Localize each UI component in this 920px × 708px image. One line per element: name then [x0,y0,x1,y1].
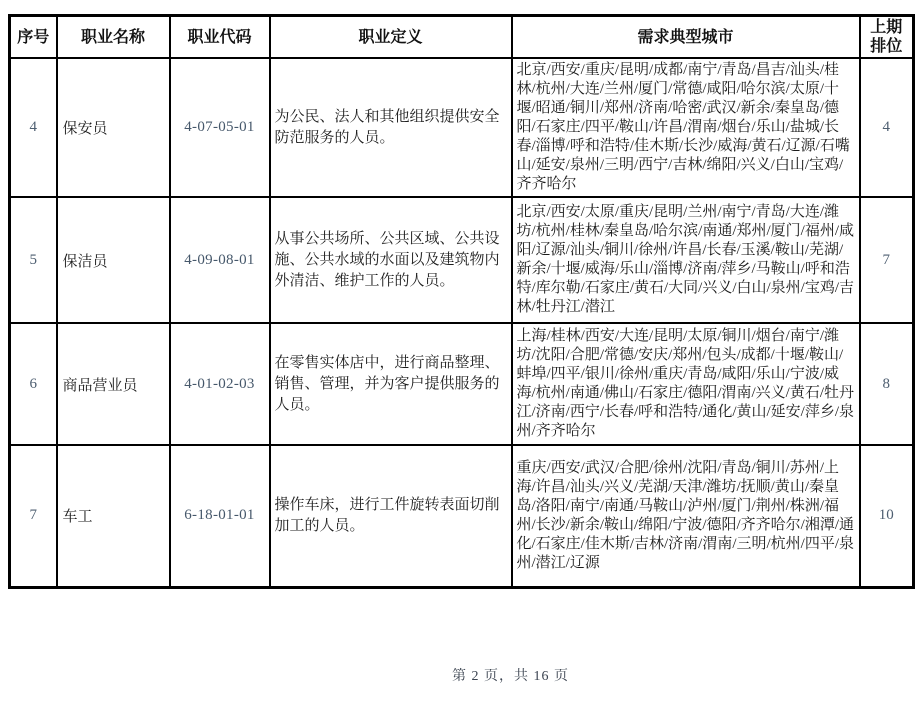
cell-occupation-definition: 在零售实体店中，进行商品整理、销售、管理，并为客户提供服务的人员。 [270,323,512,445]
cell-occupation-name: 商品营业员 [57,323,170,445]
cell-occupation-definition: 从事公共场所、公共区域、公共设施、公共水域的水面以及建筑物内外清洁、维护工作的人… [270,197,512,323]
cell-occupation-definition: 操作车床，进行工件旋转表面切削加工的人员。 [270,445,512,587]
table-row: 7 车工 6-18-01-01 操作车床，进行工件旋转表面切削加工的人员。 重庆… [10,445,914,587]
page-number-indicator: 第 2 页，共 16 页 [452,665,569,685]
cell-previous-rank: 8 [860,323,914,445]
cell-occupation-code: 4-01-02-03 [170,323,270,445]
header-occupation-name: 职业名称 [57,16,170,59]
cell-occupation-definition: 为公民、法人和其他组织提供安全防范服务的人员。 [270,58,512,197]
cell-typical-demand-cities: 重庆/西安/武汉/合肥/徐州/沈阳/青岛/铜川/苏州/上海/许昌/汕头/兴义/芜… [512,445,860,587]
table-row: 6 商品营业员 4-01-02-03 在零售实体店中，进行商品整理、销售、管理，… [10,323,914,445]
cell-occupation-name: 车工 [57,445,170,587]
cell-typical-demand-cities: 上海/桂林/西安/大连/昆明/太原/铜川/烟台/南宁/潍坊/沈阳/合肥/常德/安… [512,323,860,445]
cell-occupation-code: 6-18-01-01 [170,445,270,587]
cell-occupation-name: 保洁员 [57,197,170,323]
cell-serial-number: 4 [10,58,57,197]
cell-previous-rank: 4 [860,58,914,197]
cell-occupation-code: 4-09-08-01 [170,197,270,323]
cell-serial-number: 6 [10,323,57,445]
cell-occupation-name: 保安员 [57,58,170,197]
cell-typical-demand-cities: 北京/西安/重庆/昆明/成都/南宁/青岛/昌吉/汕头/桂林/杭州/大连/兰州/厦… [512,58,860,197]
cell-typical-demand-cities: 北京/西安/太原/重庆/昆明/兰州/南宁/青岛/大连/潍坊/杭州/桂林/秦皇岛/… [512,197,860,323]
cell-previous-rank: 10 [860,445,914,587]
cell-serial-number: 7 [10,445,57,587]
occupation-ranking-table: 序号 职业名称 职业代码 职业定义 需求典型城市 上期排位 4 保安员 4-07… [8,14,915,589]
table-header-row: 序号 职业名称 职业代码 职业定义 需求典型城市 上期排位 [10,16,914,59]
cell-occupation-code: 4-07-05-01 [170,58,270,197]
header-occupation-definition: 职业定义 [270,16,512,59]
header-occupation-code: 职业代码 [170,16,270,59]
table-row: 4 保安员 4-07-05-01 为公民、法人和其他组织提供安全防范服务的人员。… [10,58,914,197]
cell-previous-rank: 7 [860,197,914,323]
header-typical-demand-cities: 需求典型城市 [512,16,860,59]
table-row: 5 保洁员 4-09-08-01 从事公共场所、公共区域、公共设施、公共水域的水… [10,197,914,323]
cell-serial-number: 5 [10,197,57,323]
header-serial-number: 序号 [10,16,57,59]
header-previous-rank: 上期排位 [860,16,914,59]
document-page: 序号 职业名称 职业代码 职业定义 需求典型城市 上期排位 4 保安员 4-07… [0,0,920,708]
